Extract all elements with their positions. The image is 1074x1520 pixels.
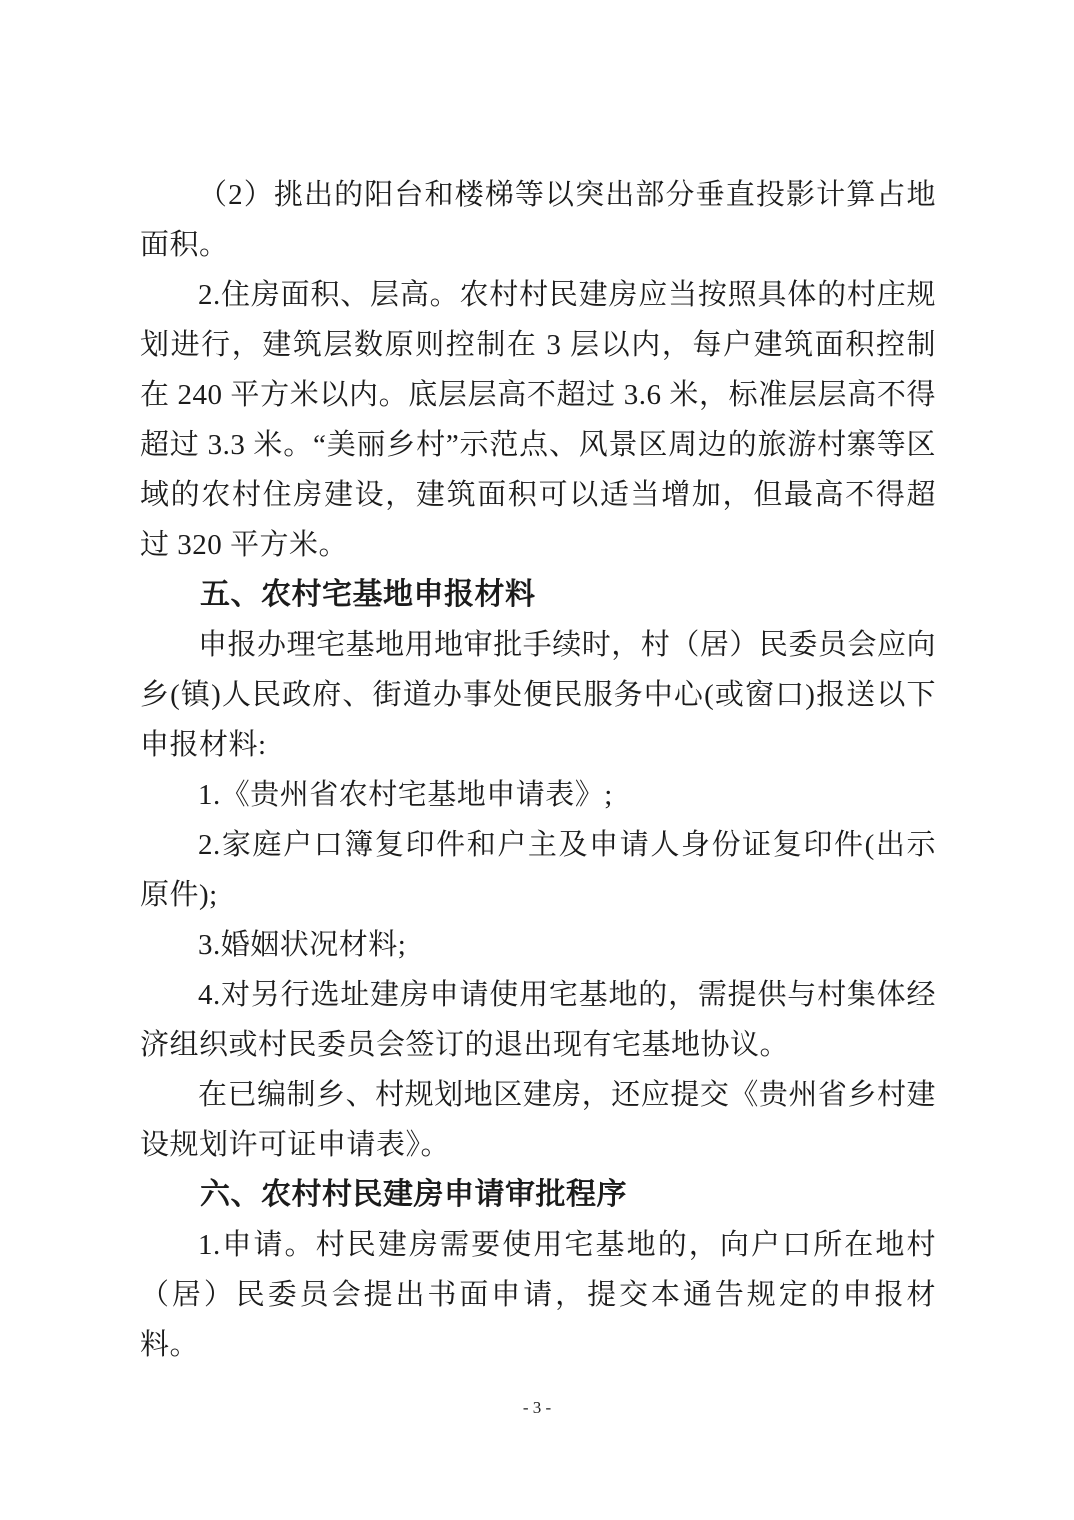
- document-page: （2）挑出的阳台和楼梯等以突出部分垂直投影计算占地面积。 2.住房面积、层高。农…: [0, 0, 1074, 1520]
- paragraph-planning-permit: 在已编制乡、村规划地区建房，还应提交《贵州省乡村建设规划许可证申请表》。: [140, 1070, 936, 1170]
- paragraph-application-step-1: 1.申请。村民建房需要使用宅基地的，向户口所在地村（居）民委员会提出书面申请，提…: [140, 1220, 936, 1370]
- list-item-2: 2.家庭户口簿复印件和户主及申请人身份证复印件(出示原件);: [140, 820, 936, 920]
- paragraph-sub-item-2: （2）挑出的阳台和楼梯等以突出部分垂直投影计算占地面积。: [140, 170, 936, 270]
- list-item-4: 4.对另行选址建房申请使用宅基地的，需提供与村集体经济组织或村民委员会签订的退出…: [140, 970, 936, 1070]
- section-heading-5: 五、农村宅基地申报材料: [140, 570, 936, 620]
- paragraph-housing-area-height: 2.住房面积、层高。农村村民建房应当按照具体的村庄规划进行，建筑层数原则控制在 …: [140, 270, 936, 570]
- page-number: - 3 -: [0, 1396, 1074, 1420]
- paragraph-application-intro: 申报办理宅基地用地审批手续时，村（居）民委员会应向乡(镇)人民政府、街道办事处便…: [140, 620, 936, 770]
- section-heading-6: 六、农村村民建房申请审批程序: [140, 1170, 936, 1220]
- document-body: （2）挑出的阳台和楼梯等以突出部分垂直投影计算占地面积。 2.住房面积、层高。农…: [140, 170, 936, 1370]
- list-item-1: 1.《贵州省农村宅基地申请表》;: [140, 770, 936, 820]
- list-item-3: 3.婚姻状况材料;: [140, 920, 936, 970]
